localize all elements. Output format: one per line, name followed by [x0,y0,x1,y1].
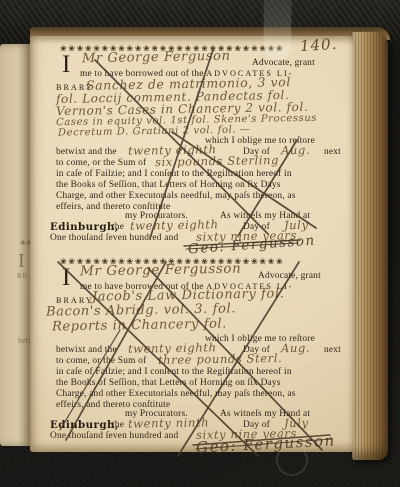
handwritten-sum-1: six pounds Sterling [155,153,279,169]
printed-sum-pre-1: to come, or the Sum of [56,158,146,168]
facing-page-edge: ❀❀ I BR betw [0,44,32,446]
page-number: 140. [299,35,338,56]
printed-the-1: the [112,222,124,232]
printed-body-2a: in caſe of Failzie; and I conſent to the… [56,367,292,377]
printed-body-1c: Charge, and other Executorials needful, … [56,191,296,201]
handwritten-sum-2: three pounds Sterl. [158,351,283,367]
faint-round-stamp [276,444,308,476]
borrower-name-2: Mr George Fergusson [80,261,242,280]
book-list-2-line-3: Reports in Chancery fol. [52,316,227,334]
printed-body-1b: the Books of Seſſion, that Letters of Ho… [56,180,281,190]
borrower-name-1: Mr George Ferguson [82,49,231,67]
printed-betwixt-1: betwixt and the [56,147,117,157]
translucent-strip [264,0,291,60]
handwritten-month-1: Aug. [281,143,310,158]
printed-sum-pre-2: to come, or the Sum of [56,356,146,366]
printed-edinburgh-2: Edinburgh, [50,419,119,431]
printed-body-2b: the Books of Seſſion, that Letters of Ho… [56,378,281,388]
printed-grant-2: Advocate, grant [258,271,321,281]
edge-fragment-initial: I [18,250,25,273]
edge-fragment-letters: BR [17,272,28,280]
printed-year-1: One thouſand ſeven hundred and [50,233,178,243]
printed-next-1: next [324,147,341,157]
printed-next-2: next [324,345,341,355]
printed-body-1a: in caſe of Failzie; and I conſent to the… [56,169,292,179]
printed-body-2c: Charge, and other Executorials needful, … [56,389,296,399]
printed-year-2: One thouſand ſeven hundred and [50,431,178,441]
printed-grant-1: Advocate, grant [252,58,315,68]
book-fore-edge [352,32,388,460]
printed-betwixt-2: betwixt and the [56,345,117,355]
drop-cap-1: I [62,54,70,76]
printed-edinburgh-1: Edinburgh, [50,221,119,233]
drop-cap-2: I [62,267,70,289]
handwritten-month-2: Aug. [281,341,310,356]
printed-the-2: the [112,420,124,430]
photographed-register-page: ❀❀ I BR betw 140. ❀❀❀❀❀❀❀❀❀❀❀❀❀❀❀❀❀❀❀❀❀❀… [0,0,400,487]
